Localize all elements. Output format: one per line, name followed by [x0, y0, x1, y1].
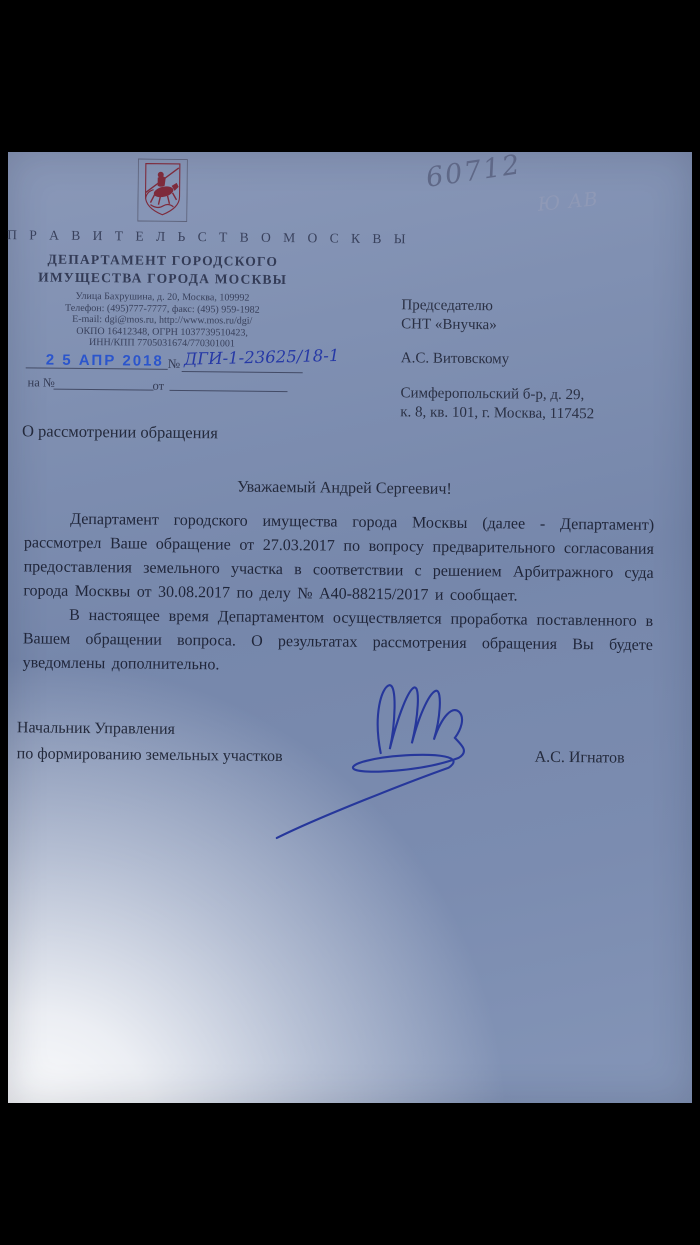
- number-sign: №: [168, 356, 181, 372]
- letter-content: 60712 Ю АВ П Р А В И Т Е Л Ь С Т В О М О…: [0, 149, 692, 1107]
- addressee-street: Симферопольский б-р, д. 29,: [400, 384, 594, 405]
- addressee-position: Председателю: [401, 296, 595, 317]
- photo-black-bar-top: [0, 0, 700, 152]
- department-title-line2: ИМУЩЕСТВА ГОРОДА МОСКВЫ: [7, 269, 319, 288]
- handwritten-initials: Ю АВ: [537, 188, 600, 216]
- contact-block: Улица Бахрушина, д. 20, Москва, 109992 Т…: [6, 290, 319, 351]
- handwritten-doc-number: 60712: [424, 149, 523, 194]
- addressee-organization: СНТ «Внучка»: [401, 315, 595, 336]
- body-paragraph-1: Департамент городского имущества города …: [23, 507, 654, 610]
- date-underline: [26, 353, 168, 369]
- department-title-line1: ДЕПАРТАМЕНТ ГОРОДСКОГО: [7, 251, 319, 270]
- letter-body: Департамент городского имущества города …: [23, 507, 655, 682]
- signer-position-line2: по формированию земельных участков: [17, 741, 283, 770]
- signature-ink: [259, 670, 511, 863]
- signer-position-line1: Начальник Управления: [17, 715, 283, 744]
- number-underline: [182, 355, 303, 373]
- from-date-underline: [169, 375, 287, 392]
- signer-name: А.С. Игнатов: [535, 749, 625, 768]
- salutation: Уважаемый Андрей Сергеевич!: [209, 478, 479, 499]
- addressee-city: к. 8, кв. 101, г. Москва, 117452: [400, 403, 594, 424]
- photo-black-bar-bottom: [0, 1103, 700, 1245]
- document-photo: 60712 Ю АВ П Р А В И Т Е Л Ь С Т В О М О…: [0, 0, 700, 1245]
- subject-line: О рассмотрении обращения: [22, 421, 218, 443]
- addressee-block: Председателю СНТ «Внучка» А.С. Витовском…: [400, 296, 595, 424]
- moscow-coat-of-arms-icon: [137, 158, 188, 222]
- government-title: П Р А В И Т Е Л Ь С Т В О М О С К В Ы: [7, 227, 319, 246]
- from-date-label: от: [152, 379, 164, 394]
- incoming-number-underline: [53, 374, 153, 391]
- signer-position: Начальник Управления по формированию зем…: [17, 715, 283, 770]
- incoming-number-label: на №: [27, 375, 54, 390]
- letter-page: 60712 Ю АВ П Р А В И Т Е Л Ь С Т В О М О…: [8, 152, 692, 1103]
- addressee-name: А.С. Витовскому: [401, 349, 595, 370]
